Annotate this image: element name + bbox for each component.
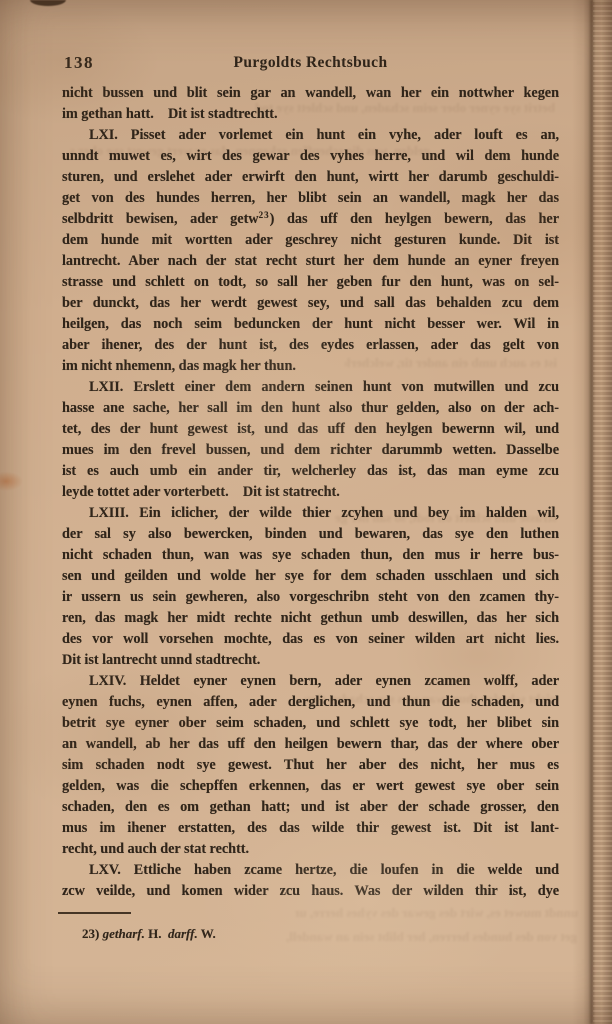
- text-line-29: LXIV. Heldet eyner eynen bern, ader eyne…: [62, 671, 559, 692]
- text-line-27: des vor woll vorsehen mochte, das es von…: [62, 629, 559, 650]
- text-line-37: recht, und auch der stat rechtt.: [62, 839, 559, 860]
- text-line-11: ber dunckt, das her werdt gewest sey, un…: [62, 293, 559, 314]
- text-line-7: selbdritt bewisen, ader getw23) das uff …: [62, 209, 559, 230]
- text-line-13: aber ihener, des der hunt ist, des eydes…: [62, 335, 559, 356]
- page-fore-edge: [572, 0, 612, 1024]
- text-line-35: schaden, den es om gethan hatt; und ist …: [62, 797, 559, 818]
- text-line-14: im nicht nhemenn, das magk her thun.: [62, 356, 559, 377]
- text-line-2: im gethan hatt. Dit ist stadtrechtt.: [62, 104, 559, 125]
- text-line-20: leyde tottet ader vorterbett. Dit ist st…: [62, 482, 559, 503]
- text-line-21: LXIII. Ein iclicher, der wilde thier zcy…: [62, 503, 559, 524]
- ink-smudge: [30, 0, 66, 6]
- text-line-31: betrit sye eyner ober seim schaden, und …: [62, 713, 559, 734]
- scanned-book-page: 138 Purgoldts Rechtsbuch nicht bussen un…: [0, 0, 612, 1024]
- text-line-22: der sal sy also bewercken, binden und be…: [62, 524, 559, 545]
- page-header: 138 Purgoldts Rechtsbuch: [62, 52, 559, 76]
- text-line-8: dem hunde mit wortten ader geschrey nich…: [62, 230, 559, 251]
- text-line-17: tet, des der hunt gewest ist, und das uf…: [62, 419, 559, 440]
- text-line-18: mues im den frevel bussen, und dem richt…: [62, 440, 559, 461]
- text-line-15: LXII. Erslett einer dem andern seinen hu…: [62, 377, 559, 398]
- footnote-text: W.: [198, 926, 216, 941]
- text-line-25: ir ussern us sein gewheren, also vorgesc…: [62, 587, 559, 608]
- text-line-33: sim schaden nodt sye gewest. Thut her ab…: [62, 755, 559, 776]
- text-line-4: unndt muwet es, wirt des gewar des vyhes…: [62, 146, 559, 167]
- footnote-source-sigle: getharf.: [103, 926, 145, 941]
- text-line-30: eynen fuchs, eynen affen, ader dergliche…: [62, 692, 559, 713]
- footnote: 23) getharf. H. darff. W.: [62, 926, 579, 942]
- text-line-26: ren, das magk her midt rechte nicht geth…: [62, 608, 559, 629]
- footnote-rule: [58, 912, 131, 914]
- text-line-32: an wandell, ab her das uff den heilgen b…: [62, 734, 559, 755]
- text-line-28: Dit ist lantrecht unnd stadtrecht.: [62, 650, 559, 671]
- text-line-23: nicht schaden thun, wan was sye schaden …: [62, 545, 559, 566]
- text-line-36: mus im ihener erstatten, des das wilde t…: [62, 818, 559, 839]
- body-text: nicht bussen und blit sein gar an wandel…: [62, 83, 559, 902]
- text-line-34: gelden, was die schepffen erkennen, das …: [62, 776, 559, 797]
- text-line-6: get von des hundes herren, her blibt sei…: [62, 188, 559, 209]
- text-line-24: sen und geilden und wolde her sye for de…: [62, 566, 559, 587]
- text-line-10: strasse und schlett on todt, so sall her…: [62, 272, 559, 293]
- text-line-16: hasse ane sache, her sall im den hunt al…: [62, 398, 559, 419]
- footnote-text: H.: [145, 926, 168, 941]
- text-line-19: ist es auch umb ein ander tir, welcherle…: [62, 461, 559, 482]
- text-line-3: LXI. Pisset ader vorlemet ein hunt ein v…: [62, 125, 559, 146]
- text-line-5: sturen, und erslehet ader erwirft den hu…: [62, 167, 559, 188]
- text-line-12: heilgen, das noch seim beduncken der hun…: [62, 314, 559, 335]
- footnote-text: 23): [82, 926, 103, 941]
- text-line-9: lantrecht. Aber nach der stat recht stur…: [62, 251, 559, 272]
- text-line-38: LXV. Ettliche haben zcame hertze, die lo…: [62, 860, 559, 881]
- text-line-1: nicht bussen und blit sein gar an wandel…: [62, 83, 559, 104]
- text-line-39: zcw veilde, und komen wider zcu haus. Wa…: [62, 881, 559, 902]
- footnote-reference: 23: [259, 210, 270, 220]
- bleed-through-text: unndt muwet es, wirt des gewar des vyhes…: [295, 905, 578, 921]
- footnote-source-sigle: darff.: [168, 926, 198, 941]
- running-title: Purgoldts Rechtsbuch: [62, 54, 559, 72]
